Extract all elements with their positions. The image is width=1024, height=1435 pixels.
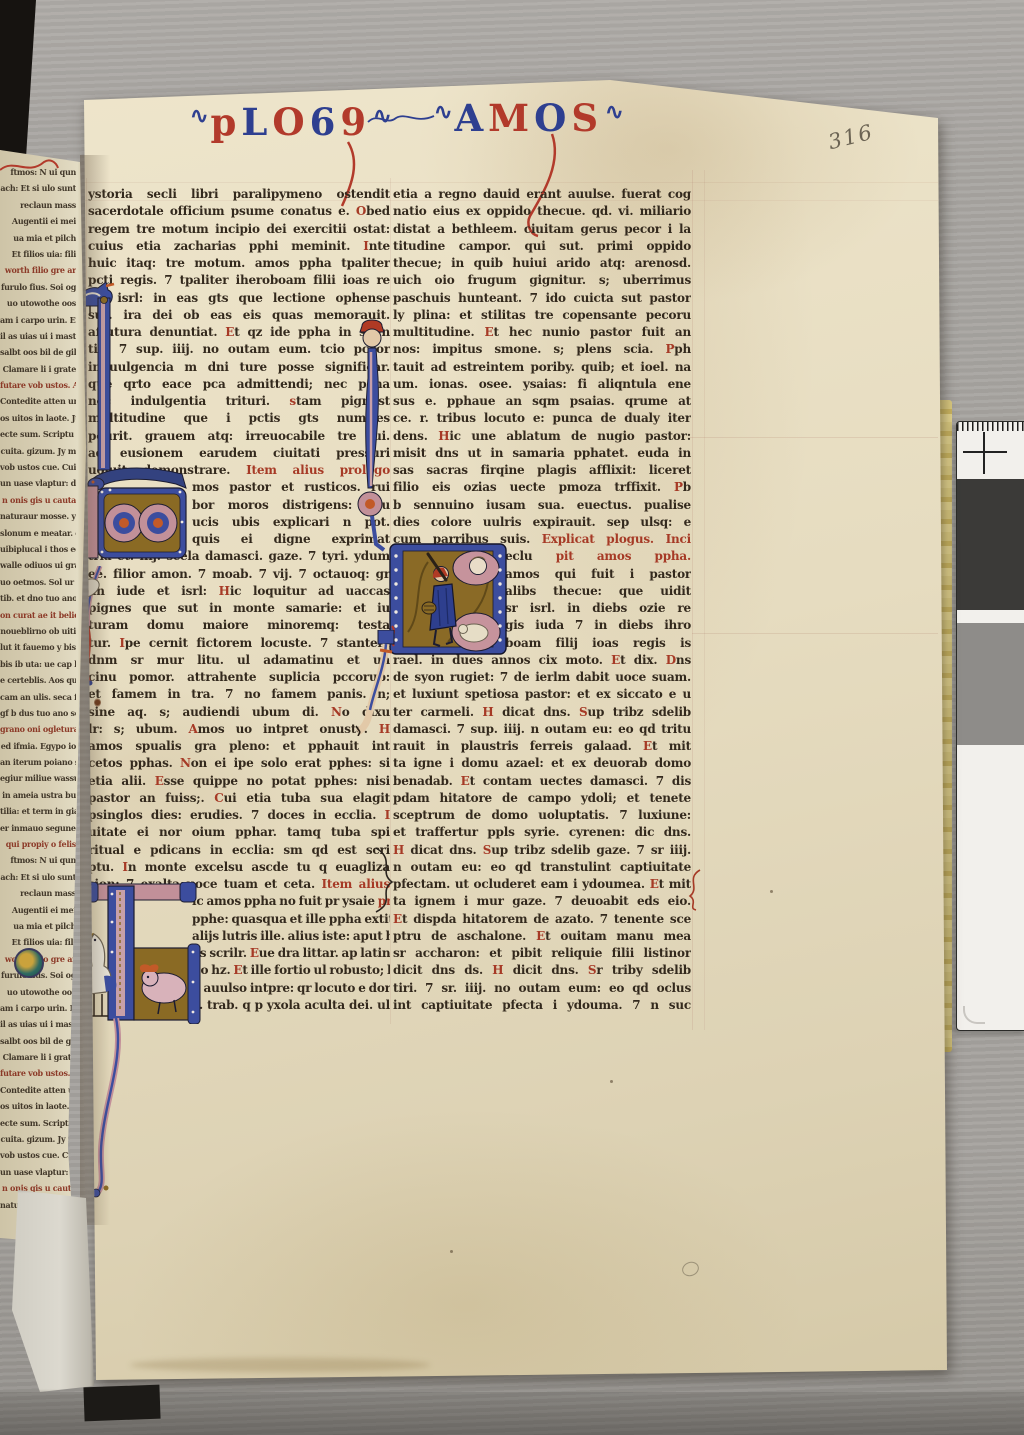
crosshair-icon bbox=[983, 432, 985, 474]
leg-ornament-icon bbox=[356, 630, 398, 736]
speck-stain bbox=[450, 1250, 453, 1253]
edge-text-fragments: ftmos: N ui qunach: Et si ulo suntreclau… bbox=[0, 164, 76, 1224]
amos-letters: AMOS bbox=[454, 100, 603, 137]
ruling-line bbox=[690, 437, 938, 438]
crosshair-icon bbox=[963, 451, 1007, 453]
gutter-shadow bbox=[80, 155, 110, 1225]
calibration-target bbox=[956, 421, 1024, 1031]
pen-flourish-icon: ∿ bbox=[190, 105, 208, 127]
dark-gray-patch bbox=[957, 479, 1024, 610]
historiated-initial-v-shepherd bbox=[388, 542, 508, 658]
ruling-line bbox=[70, 182, 938, 183]
speck-stain bbox=[770, 890, 773, 893]
green-initial-ornament-icon bbox=[14, 948, 44, 978]
speck-stain bbox=[610, 1080, 613, 1083]
manuscript-page: ∿ pLO69 ∿ ∿ AMOS ∿ 316 ystoria secli lib… bbox=[70, 70, 950, 1382]
blue-squiggle-icon bbox=[366, 110, 436, 128]
pen-flourish-icon: ∿ bbox=[434, 101, 452, 123]
ruler-ticks-icon bbox=[957, 422, 1024, 431]
edge-smudge-stain bbox=[130, 1358, 430, 1372]
ring-stain bbox=[680, 1260, 701, 1279]
bracket-flourish-icon bbox=[370, 844, 400, 916]
mid-gray-patch bbox=[957, 623, 1024, 745]
folio-number: 316 bbox=[826, 120, 877, 154]
digitized-manuscript-photo: { "palette":{"rubric_red":"#a63a26","let… bbox=[0, 0, 1024, 1435]
pen-flourish-icon: ∿ bbox=[605, 101, 623, 123]
card-curl-mark bbox=[963, 1006, 985, 1024]
prologus-letters: pLO69 bbox=[210, 104, 371, 141]
ruling-line bbox=[692, 633, 938, 634]
hooded-head-ornament-icon bbox=[350, 318, 394, 552]
book-spine-shadow bbox=[83, 1385, 160, 1422]
red-bracket-flourish-icon bbox=[682, 868, 706, 912]
